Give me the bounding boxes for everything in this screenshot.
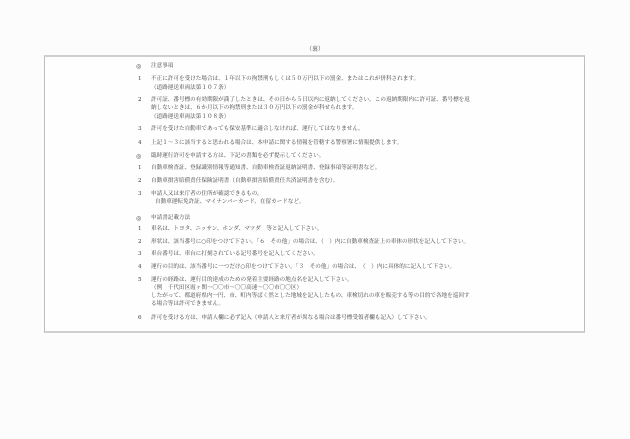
doc-3-line-2: 自動車運転免許証、マイナンバーカード、在留カードなど。 <box>155 199 305 206</box>
item-number: 5 <box>138 277 142 284</box>
item-number: 3 <box>138 251 142 258</box>
section-heading-instructions: 申請書記載方法 <box>151 215 190 222</box>
section-heading-documents: 臨時運行許可を申請する方は、下記の書類を必ず提示してください。 <box>151 153 324 160</box>
note-2-line-3: （道路運送車両法第１０８条） <box>151 114 229 121</box>
page-side-label: （裏） <box>0 44 630 53</box>
note-1-line-2: （道路運送車両法第１０７条） <box>151 85 229 92</box>
instr-3-line-1: 車台番号は、車台に打刻されている記号番号を記入してください。 <box>151 251 319 258</box>
instr-5-line-3: したがって、都道府県内一円、市、町内等ばく然とした地域を記入したもの、車検切れの… <box>151 293 470 300</box>
item-number: 1 <box>138 226 142 233</box>
item-number: 2 <box>138 239 142 246</box>
item-number: 6 <box>138 315 142 322</box>
instr-6-line-1: 許可を受ける方は、申請人欄に必ず記入（申請人と来庁者が異なる場合は番号標受領者欄… <box>151 315 431 322</box>
item-number: 3 <box>138 191 142 198</box>
section-heading-notes: 注意事項 <box>151 63 173 70</box>
item-number: 3 <box>138 126 142 133</box>
instr-4-line-1: 運行の目的は、該当番号に一つだけ○印をつけて下さい。「３ その他」の場合は、 （… <box>151 264 455 271</box>
doc-1-line-1: 自動車検査証、登録識別情報等通知書、自動車検査証返納証明書、登録事項等証明書など… <box>151 165 380 172</box>
item-number: 1 <box>138 165 142 172</box>
section-marker: ◎ <box>136 63 141 70</box>
note-3-line-1: 許可を受けた自動車であっても保安基準に適合しなければ、運行してはなりません。 <box>151 126 364 133</box>
instr-1-line-1: 車名は、トヨタ、ニッサン、ホンダ、マツダ 等と記入して下さい。 <box>151 226 322 233</box>
note-1-line-1: 不正に許可を受けた場合は、１年以下の拘禁刑もしくは５０万円以下の罰金、またはこれ… <box>151 76 419 83</box>
note-4-line-1: 上記１～３に該当すると思われる場合は、本申請に関する情報を管轄する警察署に情報提… <box>151 140 402 147</box>
doc-2-line-1: 自動車損害賠償責任保険証明書（自動車損害賠償責任共済証明書を含む）。 <box>151 178 338 185</box>
item-number: 1 <box>138 76 142 83</box>
item-number: 2 <box>138 97 142 104</box>
item-number: 2 <box>138 178 142 185</box>
instr-5-line-1: 運行の経路は、運行目的達成のための発着主要経路の地点名を記入して下さい。 <box>151 277 352 284</box>
instr-5-line-2: （例 千代田区霞ヶ関～〇〇市～〇〇高速～〇〇市〇〇区） <box>151 285 302 292</box>
section-marker: ◎ <box>136 215 141 222</box>
doc-3-line-1: 申請人又は来庁者の住所が確認できるもの。 <box>151 191 263 198</box>
item-number: 4 <box>138 264 142 271</box>
instr-2-line-1: 形状は、該当番号に○印をつけて下さい。「６ その他」の場合は、（ ）内に自動車検… <box>151 239 469 246</box>
instr-5-line-4: る場合等は許可できません。 <box>151 301 224 308</box>
note-2-line-1: 許可証、番号標の有効期限が満了したときは、その日から５日以内に返納してください。… <box>151 97 470 104</box>
note-2-line-2: 納しないときは、６か月以下の拘禁刑または３０万円以下の罰金が科せられます。 <box>151 105 358 112</box>
section-marker: ◎ <box>136 153 141 160</box>
item-number: 4 <box>138 140 142 147</box>
